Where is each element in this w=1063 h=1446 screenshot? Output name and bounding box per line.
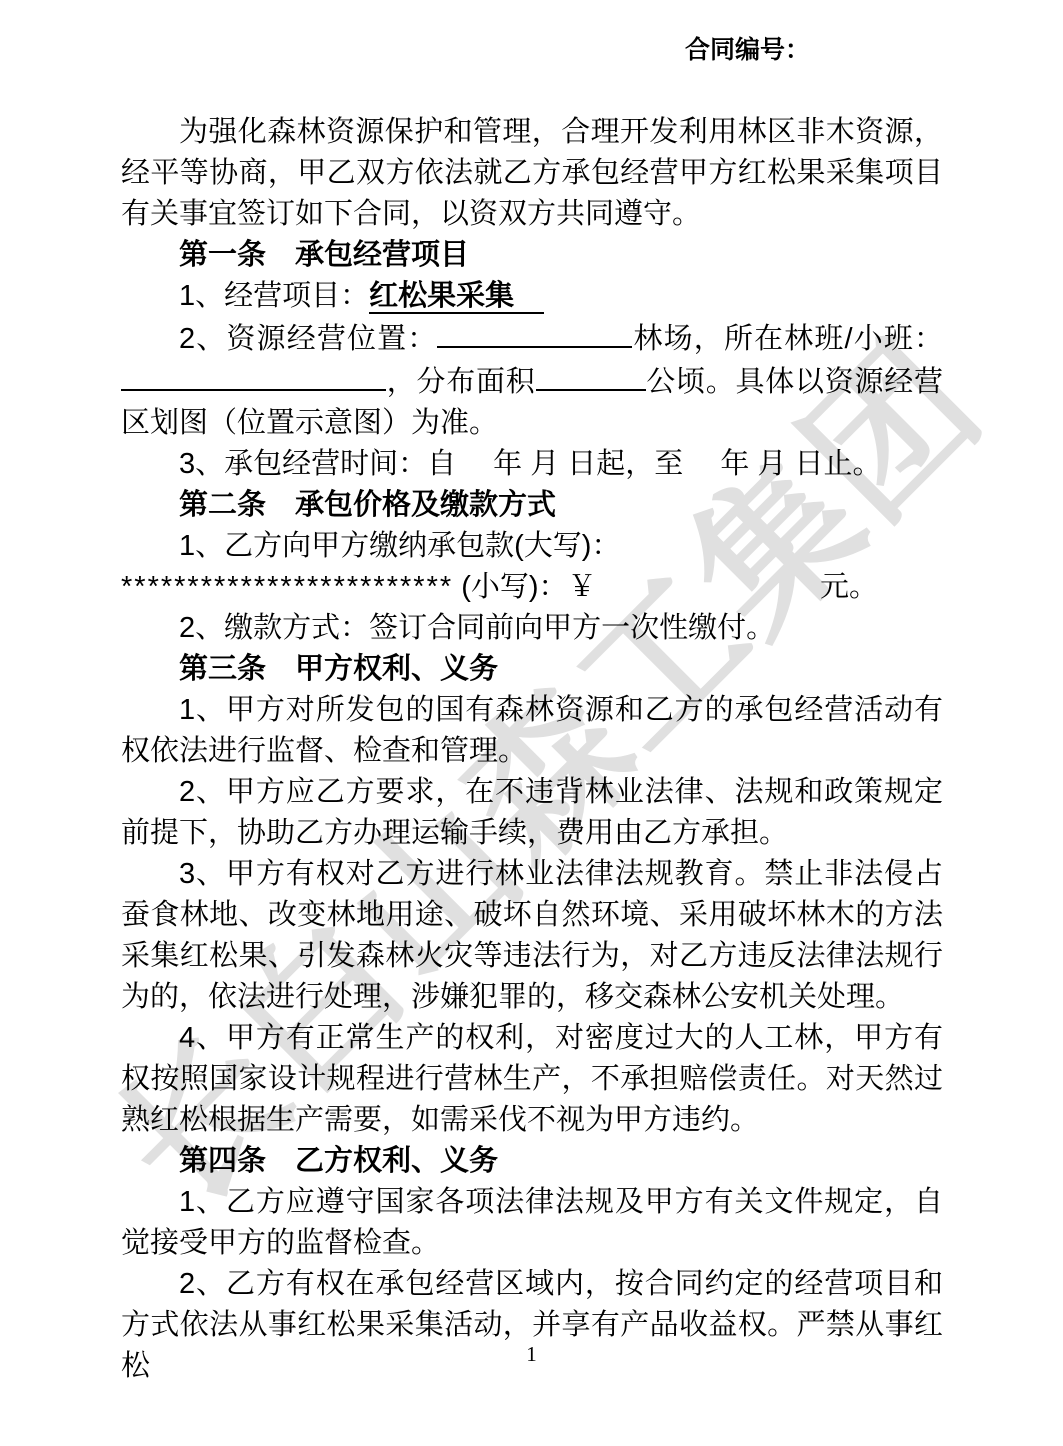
blank-field-area xyxy=(536,360,646,391)
article3-heading: 第三条 甲方权利、义务 xyxy=(121,649,943,690)
contract-document-page: 合同编号： 长白山森工集团 为强化森林资源保护和管理，合理开发利用林区非木资源，… xyxy=(0,0,1063,1446)
article4-item1: 1、乙方应遵守国家各项法律法规及甲方有关文件规定，自觉接受甲方的监督检查。 xyxy=(121,1182,943,1264)
article4-heading: 第四条 乙方权利、义务 xyxy=(121,1141,943,1182)
article2-item2: 2、缴款方式：签订合同前向甲方一次性缴付。 xyxy=(121,608,943,649)
amount-left: ************************* (小写)：￥ xyxy=(121,567,597,608)
intro-paragraph: 为强化森林资源保护和管理，合理开发利用林区非木资源，经平等协商，甲乙双方依法就乙… xyxy=(121,112,943,235)
contract-number-label: 合同编号： xyxy=(685,30,810,66)
article2-item1-line1: 1、乙方向甲方缴纳承包款(大写)： xyxy=(121,526,943,567)
article4-item2: 2、乙方有权在承包经营区域内，按合同约定的经营项目和方式依法从事红松果采集活动，… xyxy=(121,1264,943,1387)
article2-amount-line: ************************* (小写)：￥ 元。 xyxy=(121,567,943,608)
article1-item2-text3: ，分布面积 xyxy=(386,366,536,398)
article1-item3: 3、承包经营时间：自 年 月 日起，至 年 月 日止。 xyxy=(121,444,943,485)
article3-item2: 2、甲方应乙方要求，在不违背林业法律、法规和政策规定前提下，协助乙方办理运输手续… xyxy=(121,772,943,854)
blank-field-compartment xyxy=(121,360,386,391)
article1-item2: 2、资源经营位置：林场，所在林班/小班：，分布面积公顷。具体以资源经营区划图（位… xyxy=(121,317,943,444)
amount-small-label: (小写)：￥ xyxy=(453,571,596,603)
article3-item1: 1、甲方对所发包的国有森林资源和乙方的承包经营活动有权依法进行监督、检查和管理。 xyxy=(121,690,943,772)
article1-item2-text2: 林场，所在林班/小班： xyxy=(632,323,943,355)
article1-item2-text1: 2、资源经营位置： xyxy=(179,323,437,355)
article1-item1-label: 1、经营项目： xyxy=(179,280,369,312)
contract-body: 为强化森林资源保护和管理，合理开发利用林区非木资源，经平等协商，甲乙双方依法就乙… xyxy=(121,112,943,1387)
amount-stars: ************************* xyxy=(121,571,453,603)
amount-unit: 元。 xyxy=(820,567,943,608)
page-number: 1 xyxy=(0,1342,1063,1367)
article1-heading: 第一条 承包经营项目 xyxy=(121,235,943,276)
article3-item4: 4、甲方有正常生产的权利，对密度过大的人工林，甲方有权按照国家设计规程进行营林生… xyxy=(121,1018,943,1141)
article1-item1-value: 红松果采集 xyxy=(369,280,544,314)
article3-item3: 3、甲方有权对乙方进行林业法律法规教育。禁止非法侵占蚕食林地、改变林地用途、破坏… xyxy=(121,854,943,1018)
blank-field-forest-farm xyxy=(437,317,632,348)
article1-item1: 1、经营项目：红松果采集 xyxy=(121,276,943,317)
article2-heading: 第二条 承包价格及缴款方式 xyxy=(121,485,943,526)
